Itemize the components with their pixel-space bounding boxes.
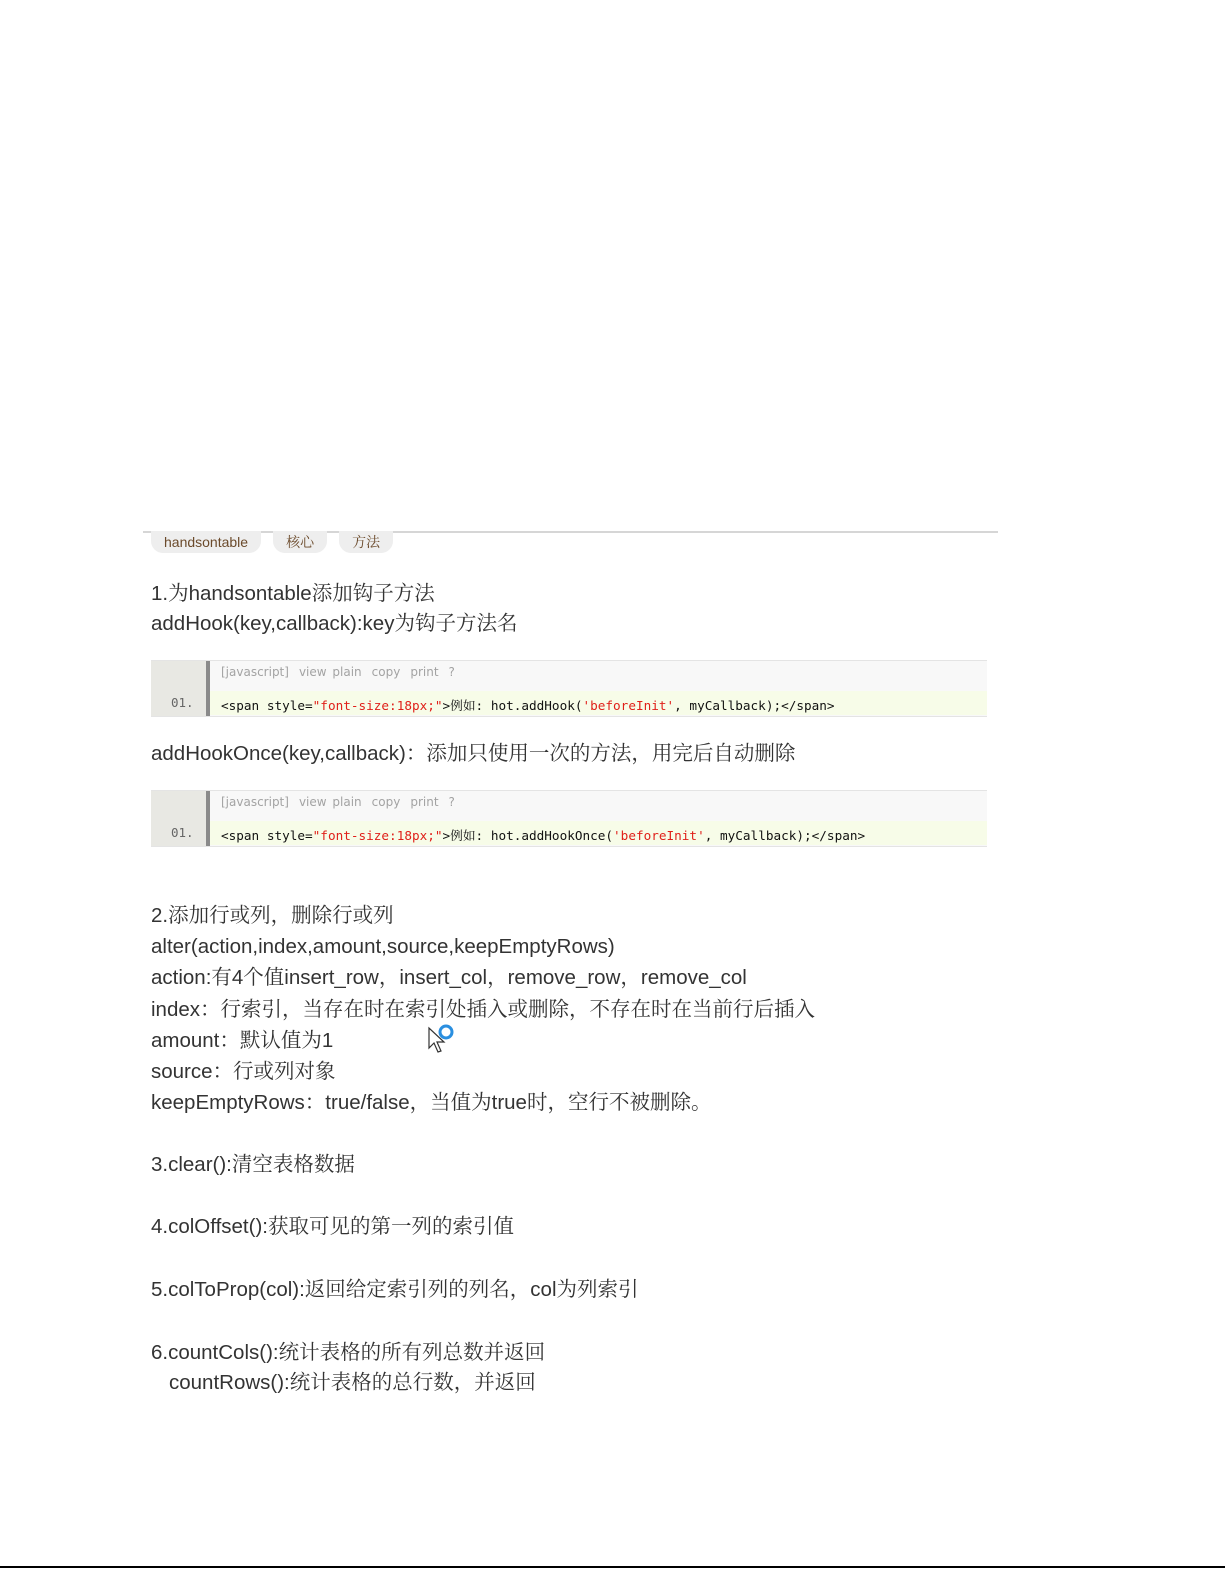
tag-method[interactable]: 方法 xyxy=(339,531,393,553)
code-token: >例如: hot.addHook( xyxy=(443,698,583,713)
code-string: "font-size:18px;" xyxy=(313,698,443,713)
copy-link[interactable]: copy xyxy=(372,795,401,809)
code-token: <span style= xyxy=(221,698,313,713)
code-string: 'beforeInit' xyxy=(613,828,705,843)
section5-title: 5.colToProp(col):返回给定索引列的列名，col为列索引 xyxy=(151,1277,639,1303)
copy-link[interactable]: copy xyxy=(372,665,401,679)
section6-title: 6.countCols():统计表格的所有列总数并返回 xyxy=(151,1340,545,1366)
code-token: , myCallback);</span> xyxy=(705,828,865,843)
line-number: 01. xyxy=(171,695,194,710)
line-number: 01. xyxy=(171,825,194,840)
code-toolbar: [javascript]view plaincopyprint? xyxy=(221,665,465,679)
tag-core[interactable]: 核心 xyxy=(273,531,327,553)
language-label: [javascript] xyxy=(221,665,289,679)
param-amount: amount：默认值为1 xyxy=(151,1028,333,1054)
print-link[interactable]: print xyxy=(410,665,438,679)
language-label: [javascript] xyxy=(221,795,289,809)
code-string: "font-size:18px;" xyxy=(313,828,443,843)
code-token: , myCallback);</span> xyxy=(674,698,834,713)
addhook-description: addHook(key,callback):key为钩子方法名 xyxy=(151,611,517,637)
help-link[interactable]: ? xyxy=(449,795,455,809)
code-token: <span style= xyxy=(221,828,313,843)
code-line: <span style="font-size:18px;">例如: hot.ad… xyxy=(221,825,865,844)
code-block-addhook: [javascript]view plaincopyprint? 01. <sp… xyxy=(151,660,987,717)
view-plain-link[interactable]: view plain xyxy=(299,795,362,809)
tag-list: handsontable 核心 方法 xyxy=(151,531,393,553)
code-token: >例如: hot.addHookOnce( xyxy=(443,828,614,843)
code-block-addhookonce: [javascript]view plaincopyprint? 01. <sp… xyxy=(151,790,987,847)
view-plain-link[interactable]: view plain xyxy=(299,665,362,679)
code-toolbar: [javascript]view plaincopyprint? xyxy=(221,795,465,809)
section3-title: 3.clear():清空表格数据 xyxy=(151,1152,355,1178)
help-link[interactable]: ? xyxy=(449,665,455,679)
alter-signature: alter(action,index,amount,source,keepEmp… xyxy=(151,934,615,960)
section4-title: 4.colOffset():获取可见的第一列的索引值 xyxy=(151,1214,514,1240)
busy-cursor-icon xyxy=(427,1024,461,1058)
page-bottom-border xyxy=(0,1566,1225,1568)
countrows-description: countRows():统计表格的总行数，并返回 xyxy=(169,1370,536,1396)
code-string: 'beforeInit' xyxy=(582,698,674,713)
param-action: action:有4个值insert_row，insert_col，remove_… xyxy=(151,965,747,991)
addhookonce-description: addHookOnce(key,callback)：添加只使用一次的方法，用完后… xyxy=(151,741,795,767)
print-link[interactable]: print xyxy=(410,795,438,809)
section2-title: 2.添加行或列，删除行或列 xyxy=(151,903,394,929)
code-line: <span style="font-size:18px;">例如: hot.ad… xyxy=(221,695,835,714)
section1-title: 1.为handsontable添加钩子方法 xyxy=(151,581,435,607)
param-index: index：行索引，当存在时在索引处插入或删除，不存在时在当前行后插入 xyxy=(151,997,815,1023)
param-keepemptyrows: keepEmptyRows：true/false，当值为true时，空行不被删除… xyxy=(151,1090,711,1116)
param-source: source：行或列对象 xyxy=(151,1059,336,1085)
tag-handsontable[interactable]: handsontable xyxy=(151,531,261,553)
